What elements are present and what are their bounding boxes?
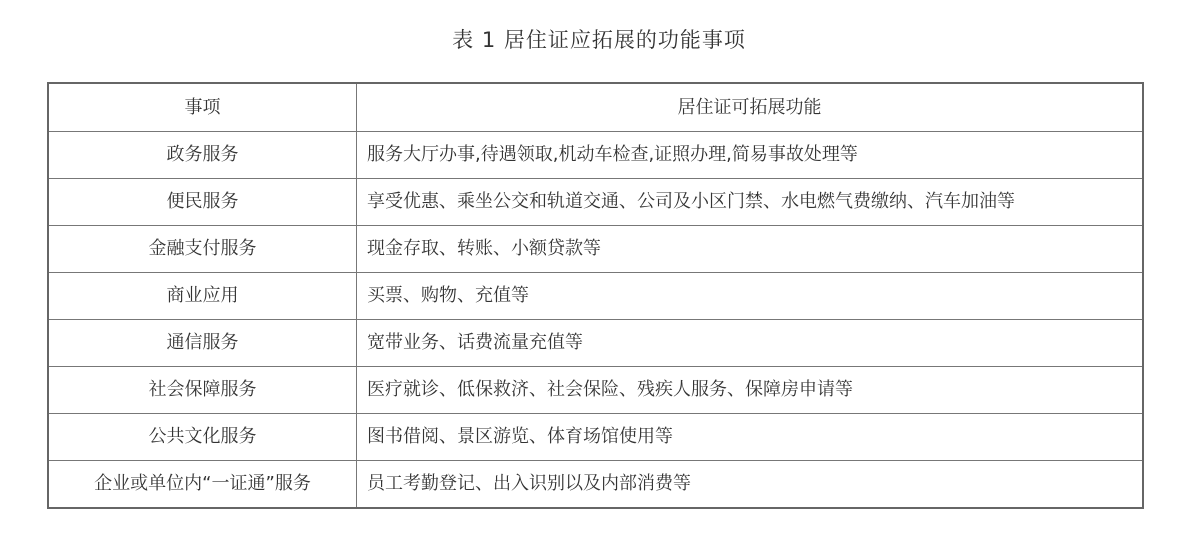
table-row: 社会保障服务 医疗就诊、低保救济、社会保险、残疾人服务、保障房申请等 xyxy=(48,367,1143,414)
column-header-functions: 居住证可拓展功能 xyxy=(357,83,1144,132)
column-header-item: 事项 xyxy=(48,83,357,132)
table-row: 公共文化服务 图书借阅、景区游览、体育场馆使用等 xyxy=(48,414,1143,461)
functions-table: 事项 居住证可拓展功能 政务服务 服务大厅办事,待遇领取,机动车检查,证照办理,… xyxy=(47,82,1144,509)
cell-item: 商业应用 xyxy=(48,273,357,320)
table-title: 表 1 居住证应拓展的功能事项 xyxy=(0,24,1198,54)
table-row: 通信服务 宽带业务、话费流量充值等 xyxy=(48,320,1143,367)
table-header-row: 事项 居住证可拓展功能 xyxy=(48,83,1143,132)
cell-functions: 服务大厅办事,待遇领取,机动车检查,证照办理,简易事故处理等 xyxy=(357,132,1144,179)
table-row: 政务服务 服务大厅办事,待遇领取,机动车检查,证照办理,简易事故处理等 xyxy=(48,132,1143,179)
table-row: 商业应用 买票、购物、充值等 xyxy=(48,273,1143,320)
table-row: 便民服务 享受优惠、乘坐公交和轨道交通、公司及小区门禁、水电燃气费缴纳、汽车加油… xyxy=(48,179,1143,226)
cell-item: 企业或单位内“一证通”服务 xyxy=(48,461,357,509)
table-row: 金融支付服务 现金存取、转账、小额贷款等 xyxy=(48,226,1143,273)
cell-functions: 享受优惠、乘坐公交和轨道交通、公司及小区门禁、水电燃气费缴纳、汽车加油等 xyxy=(357,179,1144,226)
cell-item: 通信服务 xyxy=(48,320,357,367)
table-row: 企业或单位内“一证通”服务 员工考勤登记、出入识别以及内部消费等 xyxy=(48,461,1143,509)
cell-functions: 买票、购物、充值等 xyxy=(357,273,1144,320)
cell-functions: 宽带业务、话费流量充值等 xyxy=(357,320,1144,367)
cell-item: 社会保障服务 xyxy=(48,367,357,414)
cell-item: 政务服务 xyxy=(48,132,357,179)
cell-item: 金融支付服务 xyxy=(48,226,357,273)
cell-functions: 医疗就诊、低保救济、社会保险、残疾人服务、保障房申请等 xyxy=(357,367,1144,414)
cell-item: 公共文化服务 xyxy=(48,414,357,461)
cell-functions: 员工考勤登记、出入识别以及内部消费等 xyxy=(357,461,1144,509)
cell-functions: 现金存取、转账、小额贷款等 xyxy=(357,226,1144,273)
cell-item: 便民服务 xyxy=(48,179,357,226)
cell-functions: 图书借阅、景区游览、体育场馆使用等 xyxy=(357,414,1144,461)
